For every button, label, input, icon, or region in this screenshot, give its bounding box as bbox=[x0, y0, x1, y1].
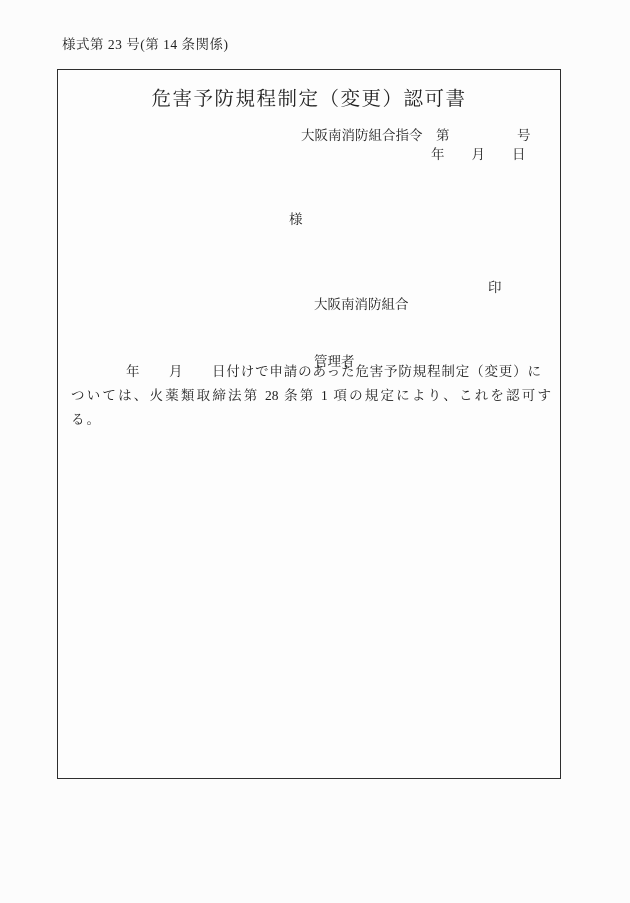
body-text-line-2: ついては、火薬類取締法第 28 条第 1 項の規定により、これを認可す bbox=[71, 386, 551, 405]
document-title: 危害予防規程制定（変更）認可書 bbox=[58, 83, 560, 111]
document-page: 様式第 23 号(第 14 条関係) 危害予防規程制定（変更）認可書 大阪南消防… bbox=[0, 0, 630, 903]
body-text-line-1: 年 月 日付けで申請のあった危害予防規程制定（変更）に bbox=[126, 362, 541, 381]
issuer-organization: 大阪南消防組合 bbox=[314, 295, 409, 314]
issue-date-line: 年 月 日 bbox=[431, 143, 526, 163]
seal-placeholder: 印 bbox=[488, 276, 502, 296]
document-border-box: 危害予防規程制定（変更）認可書 大阪南消防組合指令 第 号 年 月 日 様 大阪… bbox=[57, 69, 561, 779]
form-number-label: 様式第 23 号(第 14 条関係) bbox=[62, 33, 229, 53]
body-text-line-3: る。 bbox=[71, 410, 102, 429]
directive-number-line: 大阪南消防組合指令 第 号 bbox=[301, 127, 531, 144]
addressee-honorific: 様 bbox=[289, 208, 303, 228]
